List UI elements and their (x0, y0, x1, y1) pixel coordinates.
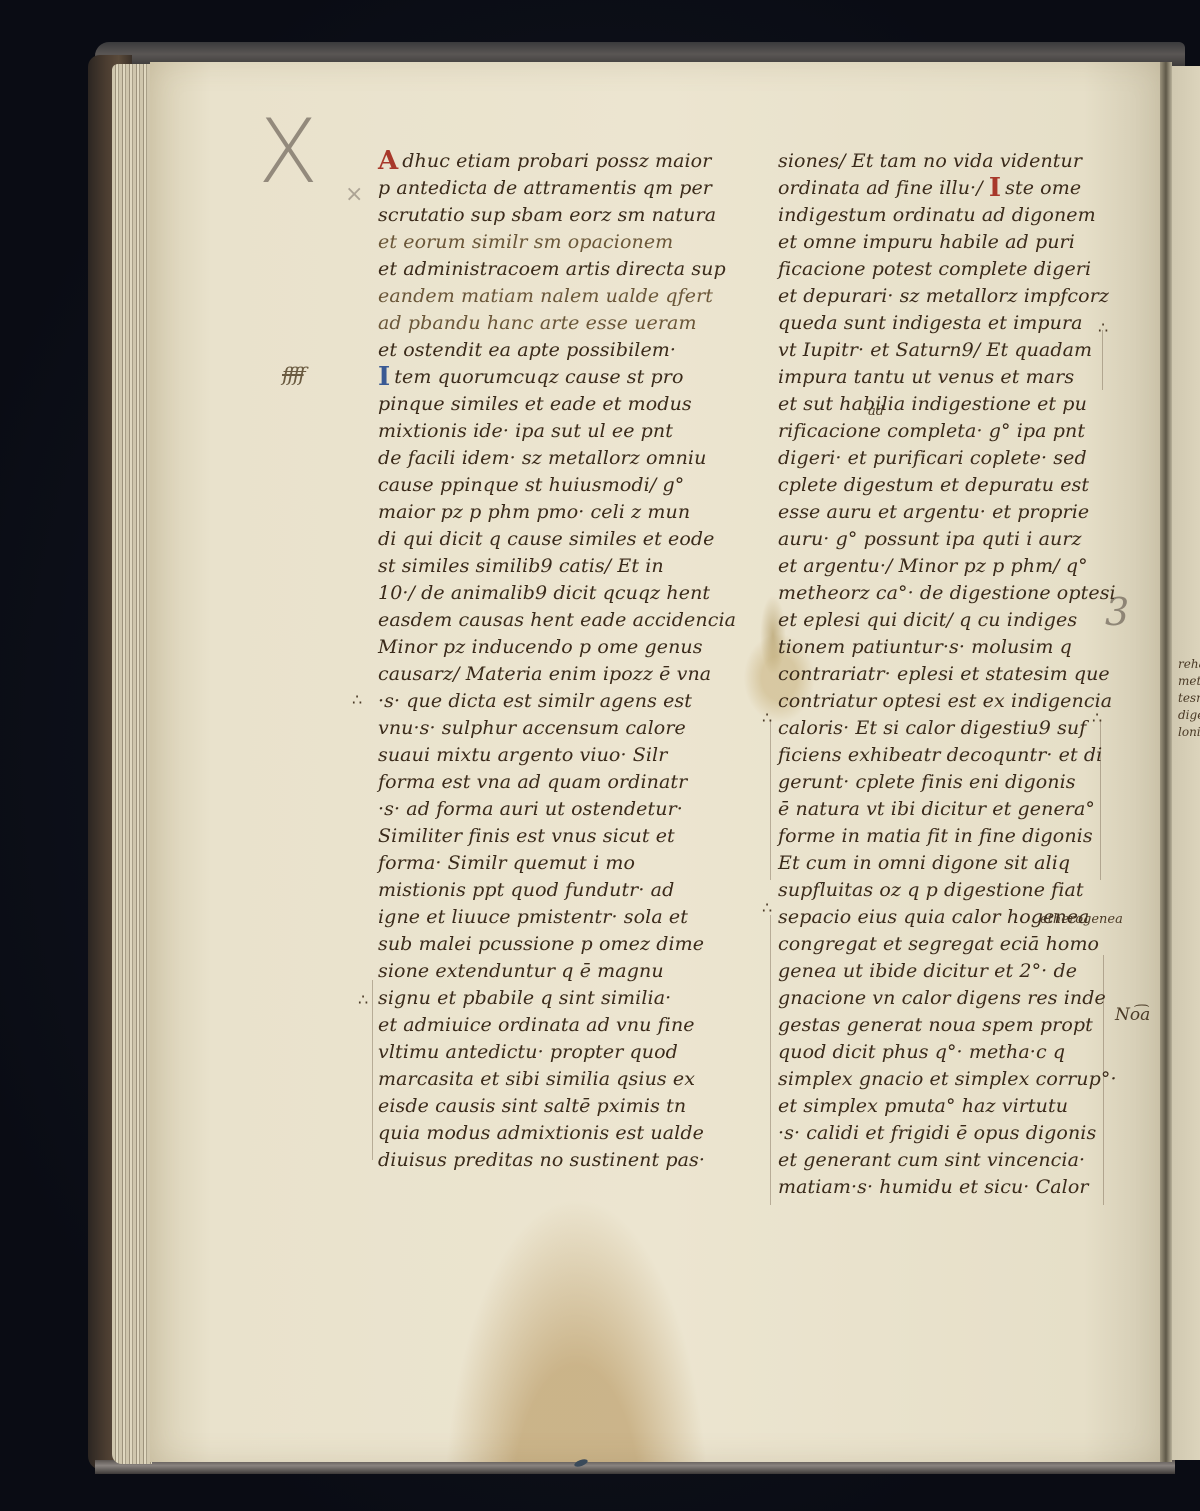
text-line: marcasita et sibi similia qsius ex (378, 1066, 718, 1093)
text-line: queda sunt indigesta et impura (778, 310, 1108, 337)
text-line: mistionis ppt quod fundutr· ad (378, 877, 718, 904)
text-line: vt Iupitr· et Saturn9/ Et quadam (778, 337, 1108, 364)
ruling-line (770, 915, 771, 1205)
text-line: signu et pbabile q sint similia· (378, 985, 718, 1012)
text-line: ficiens exhibeatr decoquntr· et di (778, 742, 1108, 769)
facing-page-margin-note: reha met tesm diges lonis (1178, 656, 1200, 741)
text-line: quod dicit phus q°· metha·c q (778, 1039, 1108, 1066)
line-text: tem quorumcuqz cause st pro (394, 366, 683, 388)
text-line: congregat et segregat eciā homo (778, 931, 1108, 958)
text-line: quia modus admixtionis est ualde (378, 1120, 718, 1147)
text-line: ficacione potest complete digeri (778, 256, 1108, 283)
text-column-right: siones/ Et tam no vida videntur ordinata… (778, 148, 1108, 1201)
interlinear-gloss: etherogenea (1040, 912, 1123, 927)
text-line: cplete digestum et depuratu est (778, 472, 1108, 499)
text-line: cause ppinque st huiusmodi/ g° (378, 472, 718, 499)
text-line: vnu·s· sulphur accensum calore (378, 715, 718, 742)
text-line: st similes similib9 catis/ Et in (378, 553, 718, 580)
text-line: matiam·s· humidu et sicu· Calor (778, 1174, 1108, 1201)
facing-note-line: lonis (1178, 724, 1200, 741)
text-line: et simplex pmuta° haz virtutu (778, 1093, 1108, 1120)
text-line: et generant cum sint vincencia· (778, 1147, 1108, 1174)
facing-note-line: tesm (1178, 690, 1200, 707)
text-line: suaui mixtu argento viuo· Silr (378, 742, 718, 769)
text-line: gestas generat noua spem propt (778, 1012, 1108, 1039)
text-line: ·s· ad forma auri ut ostendetur· (378, 796, 718, 823)
text-line: 10·/ de animalib9 dicit qcuqz hent (378, 580, 718, 607)
text-line: contrariatr· eplesi et statesim que (778, 661, 1108, 688)
text-line: gnacione vn calor digens res inde (778, 985, 1108, 1012)
ruling-line (770, 720, 771, 880)
text-line: sione extenduntur q ē magnu (378, 958, 718, 985)
stacked-page-edges (112, 64, 152, 1464)
text-line: Minor pz inducendo p ome genus (378, 634, 718, 661)
margin-small-x-mark: × (345, 182, 363, 207)
text-line: vltimu antedictu· propter quod (378, 1039, 718, 1066)
text-line: et admiuice ordinata ad vnu fine (378, 1012, 718, 1039)
line-text: dhuc etiam probari possz maior (402, 150, 711, 172)
rubricated-initial: I (378, 367, 390, 387)
text-line: supfluitas oz q p digestione fiat (778, 877, 1108, 904)
ruling-line (372, 980, 373, 1160)
facing-page-fragment: reha met tesm diges lonis (1172, 66, 1200, 1460)
text-line: siones/ Et tam no vida videntur (778, 148, 1108, 175)
text-line: esse auru et argentu· et proprie (778, 499, 1108, 526)
text-line: easdem causas hent eade accidencia (378, 607, 718, 634)
text-line: forma est vna ad quam ordinatr (378, 769, 718, 796)
text-line: causarz/ Materia enim ipozz ē vna (378, 661, 718, 688)
text-line: de facili idem· sz metallorz omniu (378, 445, 718, 472)
text-line: sub malei pcussione p omez dime (378, 931, 718, 958)
paragraph-mark-icon: ∴ (352, 690, 362, 709)
text-line: et sut habilia indigestione et pu (778, 391, 1108, 418)
text-line: maior pz p phm pmo· celi z mun (378, 499, 718, 526)
text-line: metheorz ca°· de digestione optesi (778, 580, 1108, 607)
text-line: forma· Similr quemut i mo (378, 850, 718, 877)
paragraph-mark-icon: ∴ (762, 898, 772, 917)
text-line: ē natura vt ibi dicitur et genera° (778, 796, 1108, 823)
facing-note-line: reha (1178, 656, 1200, 673)
text-line: genea ut ibide dicitur et 2°· de (778, 958, 1108, 985)
text-line: digeri· et purificari coplete· sed (778, 445, 1108, 472)
text-line: ·s· que dicta est similr agens est (378, 688, 718, 715)
text-line: et argentu·/ Minor pz p phm/ q° (778, 553, 1108, 580)
text-line: caloris· Et si calor digestiu9 suf (778, 715, 1108, 742)
margin-struck-note: ffff (282, 362, 304, 386)
line-text: ordinata ad fine illu·/ (778, 177, 983, 199)
paragraph-mark-icon: ∴ (358, 990, 368, 1009)
text-line: tionem patiuntur·s· molusim q (778, 634, 1108, 661)
text-line: contriatur optesi est ex indigencia (778, 688, 1108, 715)
text-line: et ostendit ea apte possibilem· (378, 337, 718, 364)
paragraph-mark-icon: ∴ (762, 708, 772, 727)
text-line: scrutatio sup sbam eorz sm natura (378, 202, 718, 229)
text-line: ad pbandu hanc arte esse ueram (378, 310, 718, 337)
text-line: rificacione completa· g° ipa pnt (778, 418, 1108, 445)
text-line: di qui dicit q cause similes et eode (378, 526, 718, 553)
rubricated-initial: A (378, 151, 398, 171)
text-line: forme in matia fit in fine digonis (778, 823, 1108, 850)
rubricated-initial: I (989, 178, 1001, 198)
text-line: impura tantu ut venus et mars (778, 364, 1108, 391)
text-line: indigestum ordinatu ad digonem (778, 202, 1108, 229)
text-line: et omne impuru habile ad puri (778, 229, 1108, 256)
text-line: et administracoem artis directa sup (378, 256, 718, 283)
text-line: Et cum in omni digone sit aliq (778, 850, 1108, 877)
interlinear-gloss: ad (868, 404, 884, 419)
text-line: p antedicta de attramentis qm per (378, 175, 718, 202)
text-line: igne et liuuce pmistentr· sola et (378, 904, 718, 931)
binding-bottom-edge (95, 1460, 1175, 1474)
text-line: mixtionis ide· ipa sut ul ee pnt (378, 418, 718, 445)
text-line: diuisus preditas no sustinent pas· (378, 1147, 718, 1174)
text-line: auru· g° possunt ipa quti i aurz (778, 526, 1108, 553)
margin-x-mark: X (258, 108, 318, 196)
text-line: simplex gnacio et simplex corrup°· (778, 1066, 1108, 1093)
text-line: et eorum similr sm opacionem (378, 229, 718, 256)
book-gutter (1160, 62, 1172, 1462)
text-column-left: Adhuc etiam probari possz maior p antedi… (378, 148, 718, 1174)
facing-note-line: diges (1178, 707, 1200, 724)
text-line: pinque similes et eade et modus (378, 391, 718, 418)
text-line: Similiter finis est vnus sicut et (378, 823, 718, 850)
text-line: Item quorumcuqz cause st pro (378, 364, 718, 391)
text-line: eandem matiam nalem ualde qfert (378, 283, 718, 310)
text-line: gerunt· cplete finis eni digonis (778, 769, 1108, 796)
facing-note-line: met (1178, 673, 1200, 690)
text-line: ordinata ad fine illu·/ Iste ome (778, 175, 1108, 202)
margin-nota-mark: No͡a (1115, 1005, 1150, 1025)
text-line: Adhuc etiam probari possz maior (378, 148, 718, 175)
line-text: ste ome (1005, 177, 1081, 199)
text-line: et depurari· sz metallorz impfcorz (778, 283, 1108, 310)
text-line: eisde causis sint saltē pximis tn (378, 1093, 718, 1120)
text-line: et eplesi qui dicit/ q cu indiges (778, 607, 1108, 634)
text-line: ·s· calidi et frigidi ē opus digonis (778, 1120, 1108, 1147)
